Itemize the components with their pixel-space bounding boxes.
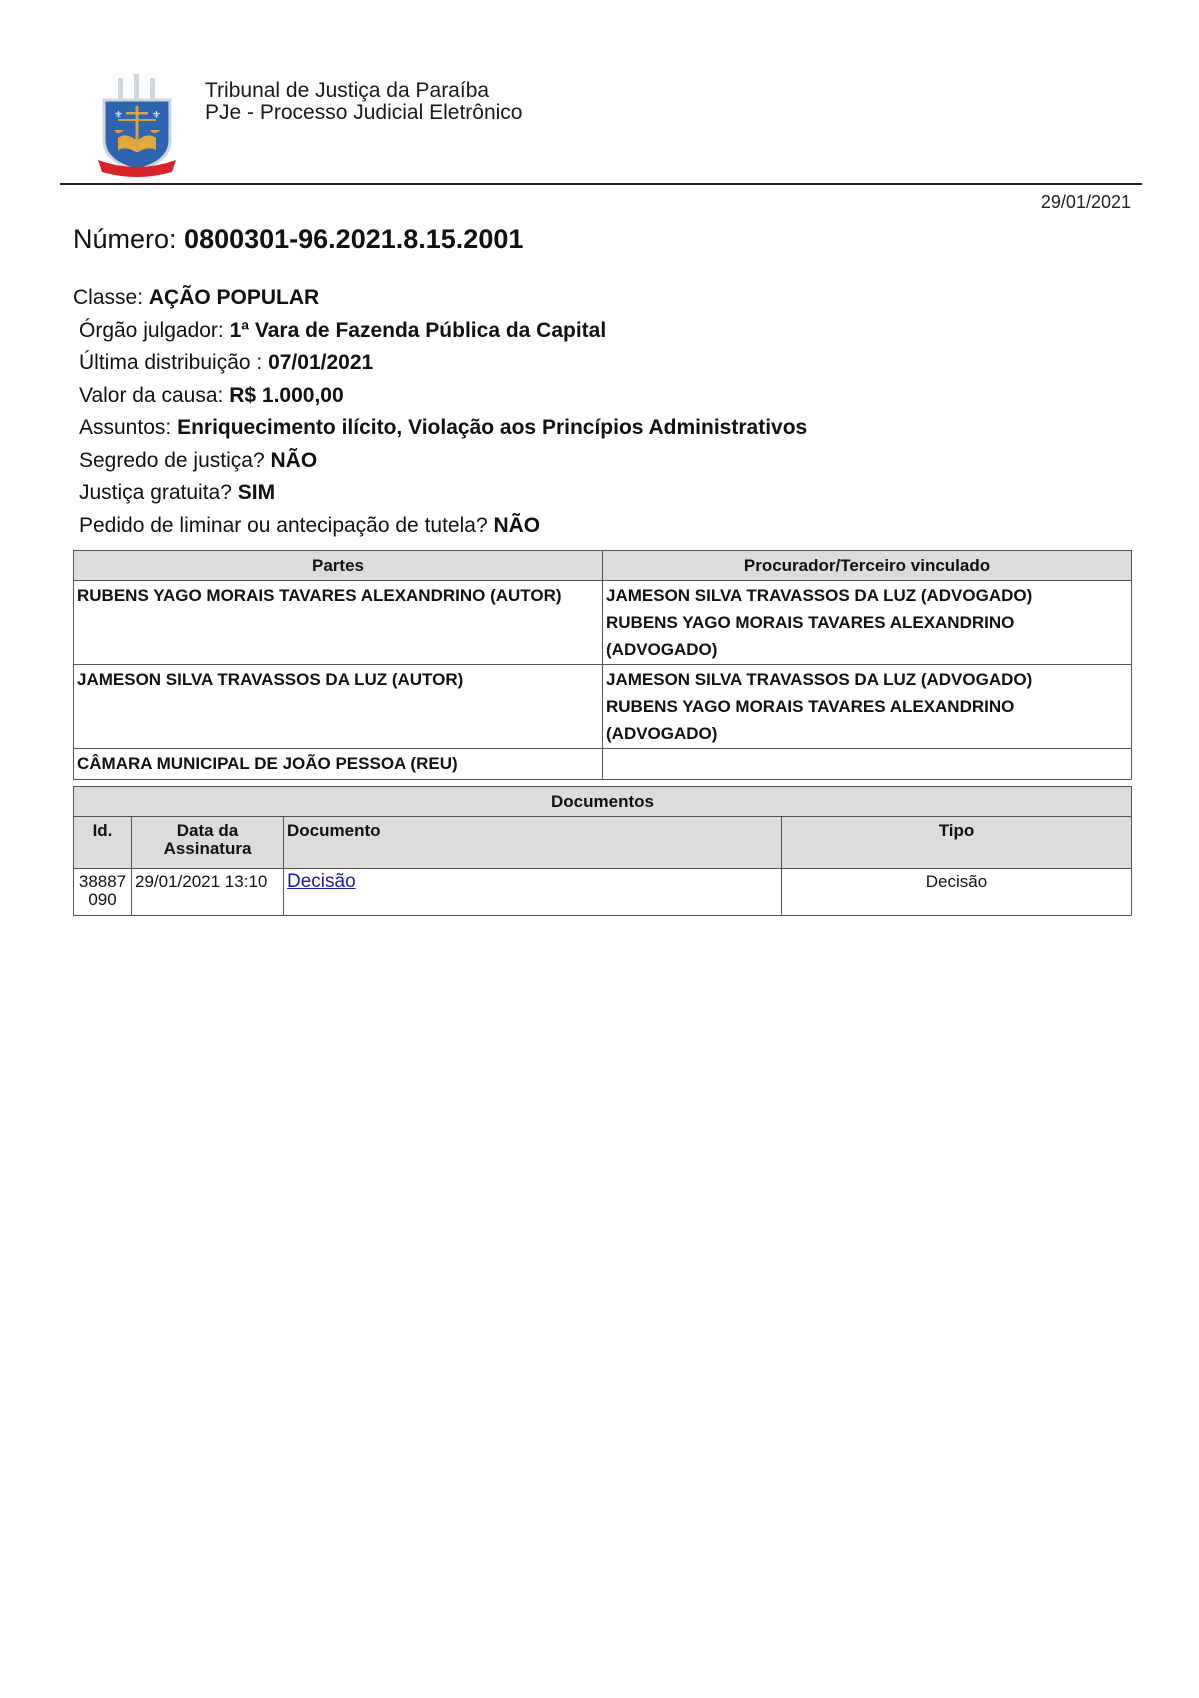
documentos-header-row: Id. Data da Assinatura Documento Tipo (74, 817, 1132, 869)
doc-type-cell: Decisão (782, 869, 1132, 916)
svg-text:⚜: ⚜ (114, 110, 123, 121)
process-number-value: 0800301-96.2021.8.15.2001 (184, 224, 523, 254)
data-assinatura-header: Data da Assinatura (132, 817, 284, 869)
id-header: Id. (74, 817, 132, 869)
partes-header-row: Partes Procurador/Terceiro vinculado (74, 551, 1132, 581)
header-divider (60, 183, 1142, 185)
documentos-table: Documentos Id. Data da Assinatura Docume… (73, 786, 1132, 916)
print-date: 29/01/2021 (1041, 192, 1131, 213)
procurador-cell (603, 749, 1132, 780)
table-row: CÂMARA MUNICIPAL DE JOÃO PESSOA (REU) (74, 749, 1132, 780)
procurador-cell: JAMESON SILVA TRAVASSOS DA LUZ (ADVOGADO… (603, 665, 1132, 749)
field-justica-gratuita: Justiça gratuita? SIM (73, 478, 807, 511)
documentos-title: Documentos (74, 787, 1132, 817)
table-row: JAMESON SILVA TRAVASSOS DA LUZ (AUTOR) J… (74, 665, 1132, 749)
tjpb-coat-of-arms-icon: ⚜ ⚜ (96, 70, 178, 180)
field-ultima-distribuicao: Última distribuição : 07/01/2021 (73, 348, 807, 381)
documento-header: Documento (284, 817, 782, 869)
process-number: Número: 0800301-96.2021.8.15.2001 (73, 224, 523, 255)
process-number-label: Número: (73, 224, 177, 254)
document-link[interactable]: Decisão (287, 871, 356, 892)
field-classe: Classe: AÇÃO POPULAR (73, 283, 807, 316)
field-orgao-julgador: Órgão julgador: 1ª Vara de Fazenda Públi… (73, 316, 807, 349)
system-name: PJe - Processo Judicial Eletrônico (205, 102, 522, 124)
field-assuntos: Assuntos: Enriquecimento ilícito, Violaç… (73, 413, 807, 446)
parte-cell: CÂMARA MUNICIPAL DE JOÃO PESSOA (REU) (74, 749, 603, 780)
procurador-header: Procurador/Terceiro vinculado (603, 551, 1132, 581)
parte-cell: RUBENS YAGO MORAIS TAVARES ALEXANDRINO (… (74, 581, 603, 665)
partes-table: Partes Procurador/Terceiro vinculado RUB… (73, 550, 1132, 780)
field-valor-causa: Valor da causa: R$ 1.000,00 (73, 381, 807, 414)
table-row: 38887 090 29/01/2021 13:10 Decisão Decis… (74, 869, 1132, 916)
field-pedido-liminar: Pedido de liminar ou antecipação de tute… (73, 511, 807, 544)
institution-name: Tribunal de Justiça da Paraíba (205, 80, 522, 102)
process-details: Classe: AÇÃO POPULAR Órgão julgador: 1ª … (73, 283, 807, 543)
doc-date-cell: 29/01/2021 13:10 (132, 869, 284, 916)
table-row: RUBENS YAGO MORAIS TAVARES ALEXANDRINO (… (74, 581, 1132, 665)
institution-header: Tribunal de Justiça da Paraíba PJe - Pro… (205, 80, 522, 124)
partes-header: Partes (74, 551, 603, 581)
tipo-header: Tipo (782, 817, 1132, 869)
doc-name-cell: Decisão (284, 869, 782, 916)
procurador-cell: JAMESON SILVA TRAVASSOS DA LUZ (ADVOGADO… (603, 581, 1132, 665)
documentos-title-row: Documentos (74, 787, 1132, 817)
svg-text:⚜: ⚜ (152, 110, 161, 121)
doc-id-cell: 38887 090 (74, 869, 132, 916)
field-segredo-justica: Segredo de justiça? NÃO (73, 446, 807, 479)
parte-cell: JAMESON SILVA TRAVASSOS DA LUZ (AUTOR) (74, 665, 603, 749)
